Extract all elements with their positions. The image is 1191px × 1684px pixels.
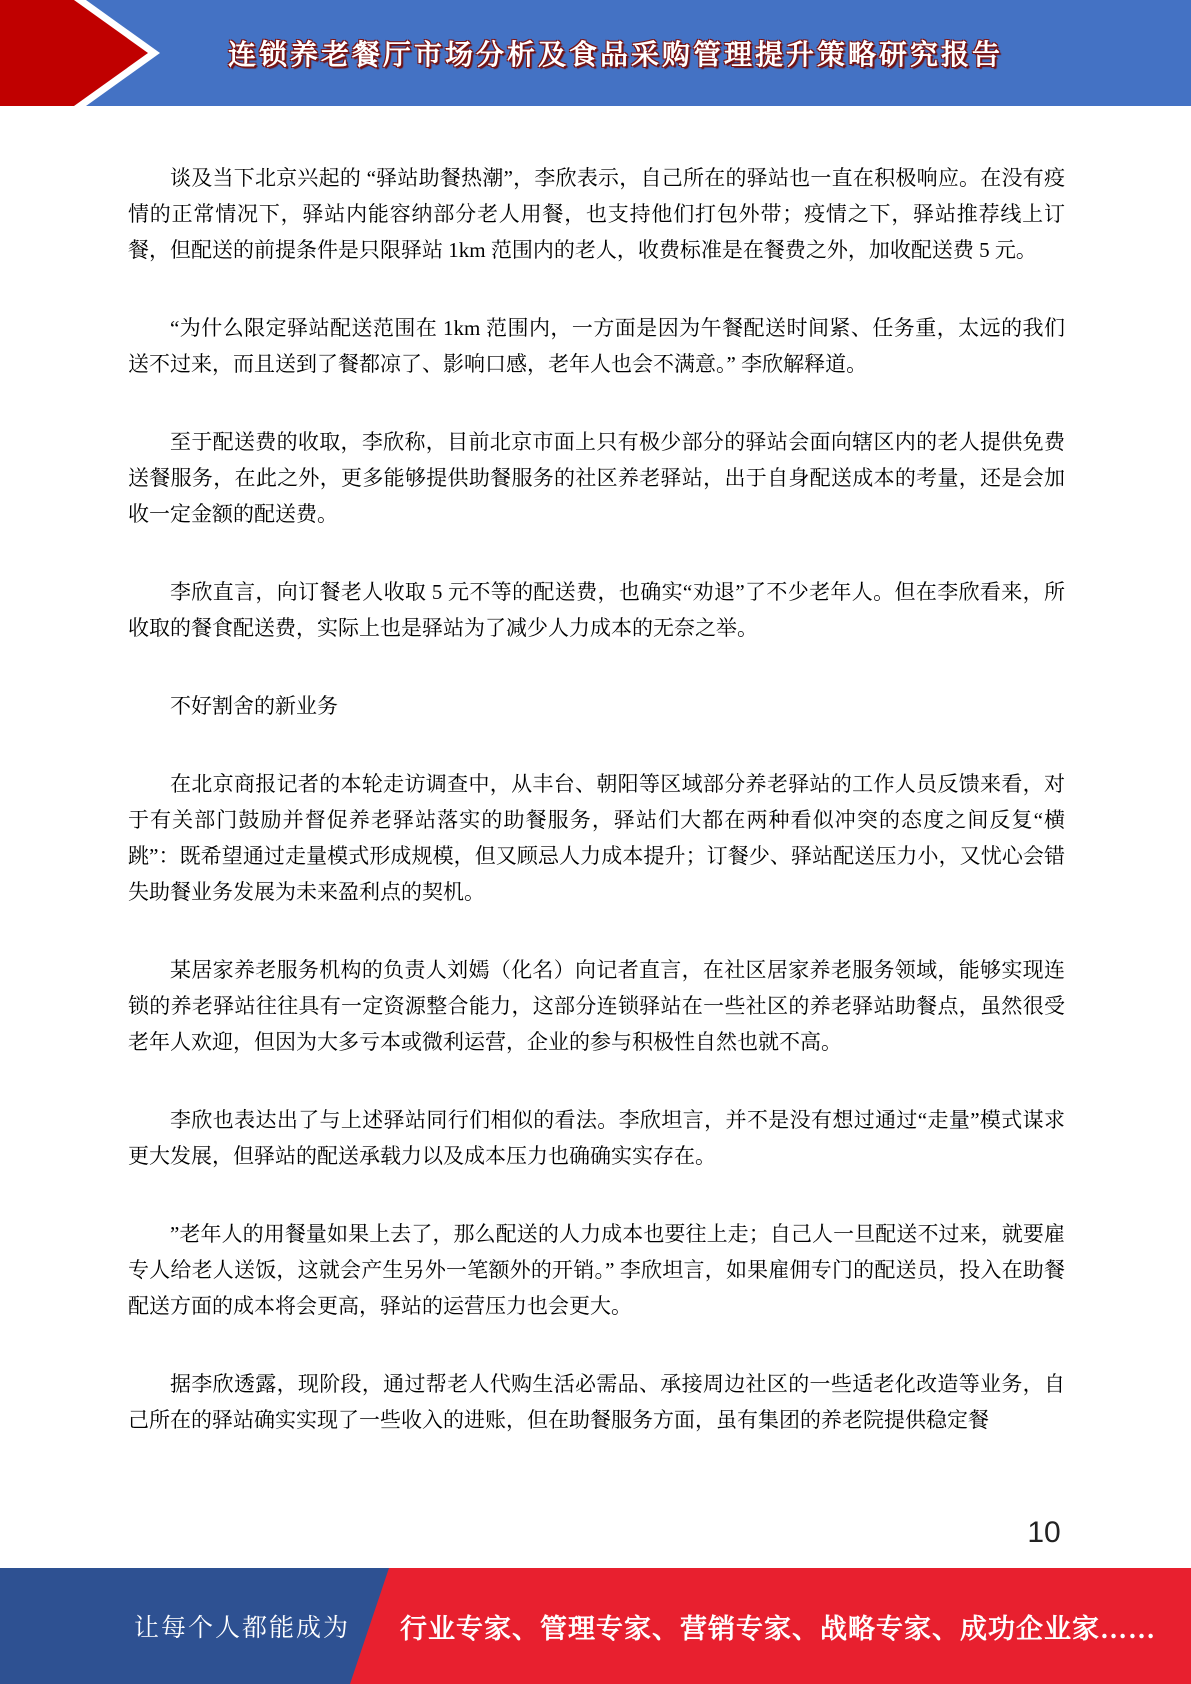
page-header: 连锁养老餐厅市场分析及食品采购管理提升策略研究报告: [0, 0, 1191, 106]
footer-slogan-right: 行业专家、管理专家、营销专家、战略专家、成功企业家……: [400, 1568, 1191, 1684]
paragraph: 李欣也表达出了与上述驿站同行们相似的看法。李欣坦言，并不是没有想过通过“走量”模…: [128, 1102, 1065, 1174]
paragraph: 李欣直言，向订餐老人收取 5 元不等的配送费，也确实“劝退”了不少老年人。但在李…: [128, 574, 1065, 646]
paragraph: 在北京商报记者的本轮走访调查中，从丰台、朝阳等区域部分养老驿站的工作人员反馈来看…: [128, 766, 1065, 910]
paragraph: ”老年人的用餐量如果上去了，那么配送的人力成本也要往上走；自己人一旦配送不过来，…: [128, 1216, 1065, 1324]
paragraph: 某居家养老服务机构的负责人刘嫣（化名）向记者直言，在社区居家养老服务领域，能够实…: [128, 952, 1065, 1060]
report-title: 连锁养老餐厅市场分析及食品采购管理提升策略研究报告: [0, 0, 1191, 106]
body-content: 谈及当下北京兴起的 “驿站助餐热潮”，李欣表示，自己所在的驿站也一直在积极响应。…: [128, 160, 1065, 1480]
section-heading: 不好割舍的新业务: [128, 688, 1065, 724]
footer-slogan-left: 让每个人都能成为: [0, 1568, 360, 1684]
paragraph: “为什么限定驿站配送范围在 1km 范围内，一方面是因为午餐配送时间紧、任务重，…: [128, 310, 1065, 382]
paragraph: 据李欣透露，现阶段，通过帮老人代购生活必需品、承接周边社区的一些适老化改造等业务…: [128, 1366, 1065, 1438]
page-number: 10: [1014, 1516, 1074, 1550]
paragraph: 至于配送费的收取，李欣称，目前北京市面上只有极少部分的驿站会面向辖区内的老人提供…: [128, 424, 1065, 532]
page-footer: 让每个人都能成为 行业专家、管理专家、营销专家、战略专家、成功企业家……: [0, 1568, 1191, 1684]
paragraph: 谈及当下北京兴起的 “驿站助餐热潮”，李欣表示，自己所在的驿站也一直在积极响应。…: [128, 160, 1065, 268]
